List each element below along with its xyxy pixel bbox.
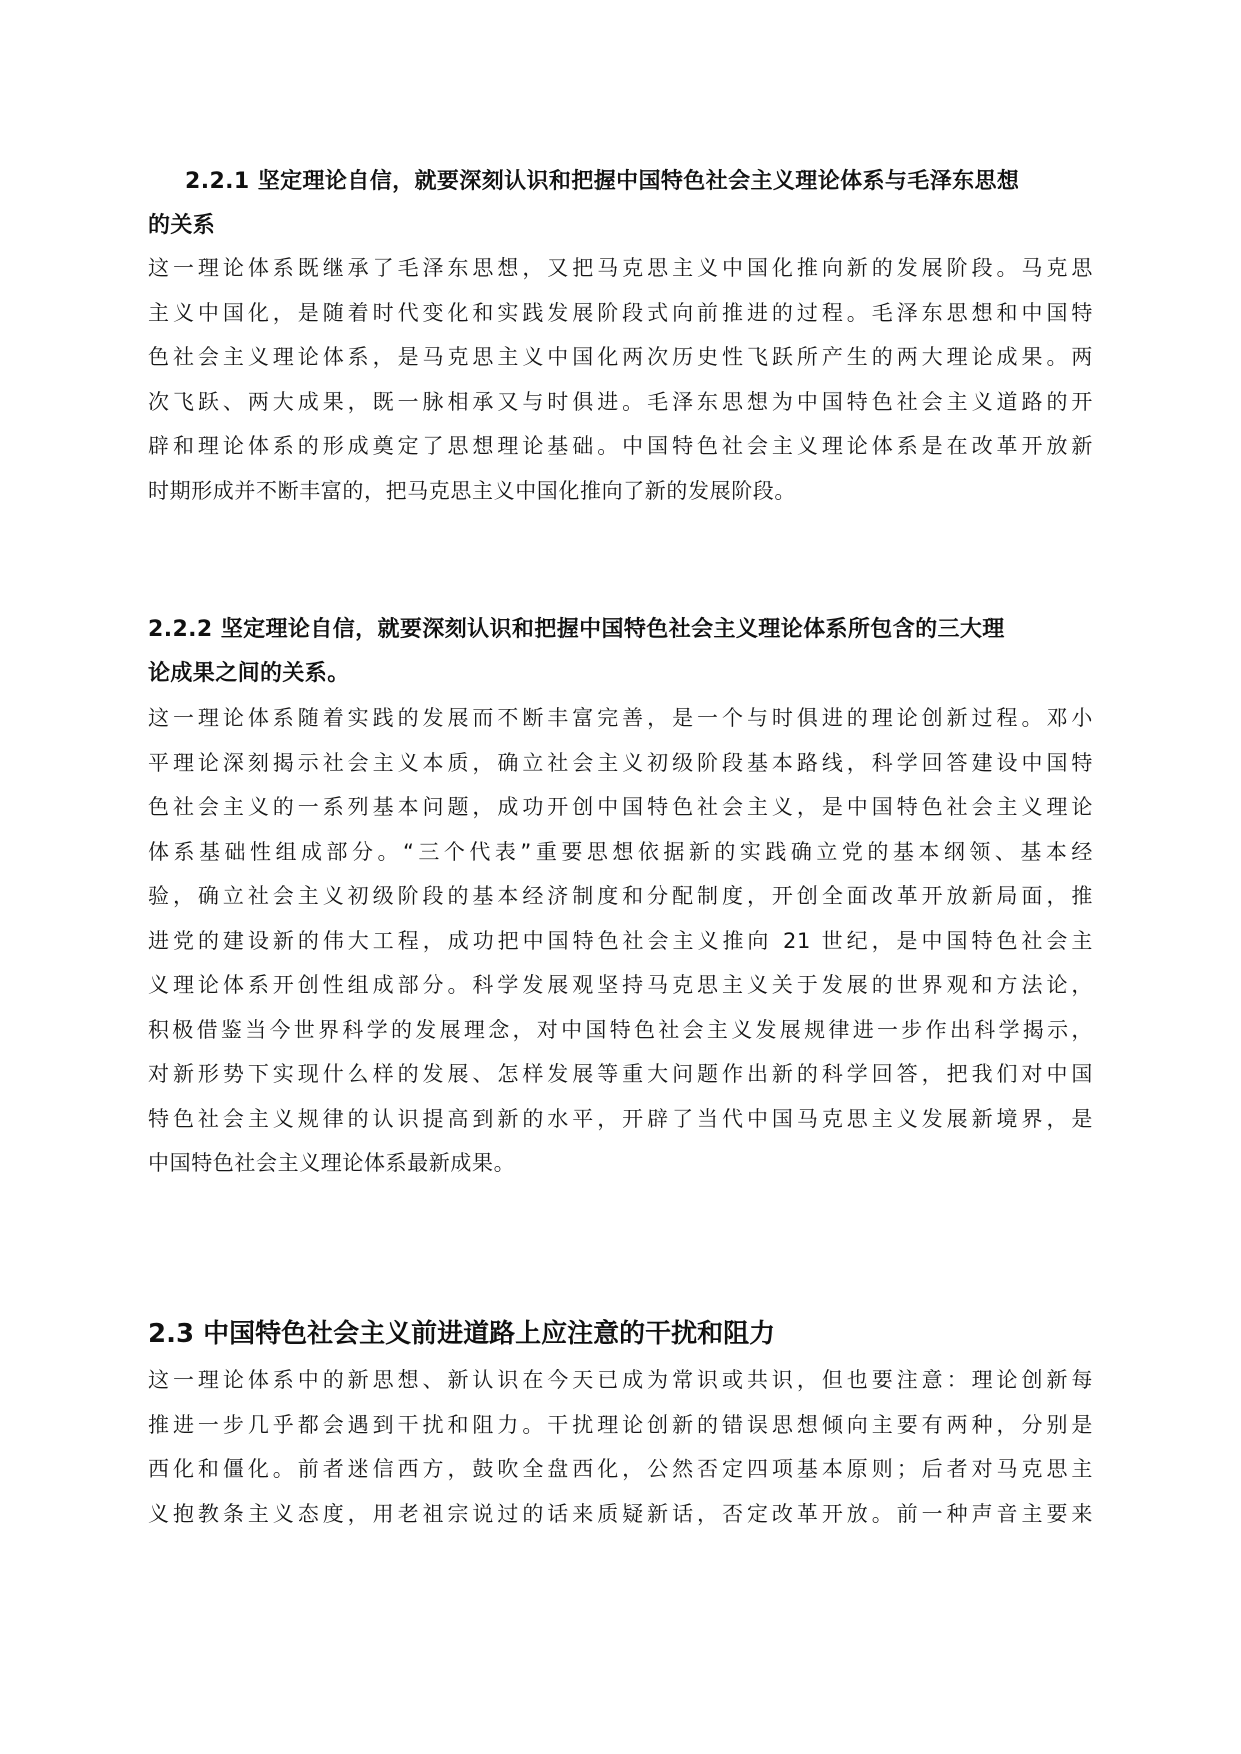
text-line: 对新形势下实现什么样的发展、怎样发展等重大问题作出新的科学回答，把我们对中国 [148, 1052, 1093, 1097]
text-line: 色社会主义理论体系，是马克思主义中国化两次历史性飞跃所产生的两大理论成果。两 [148, 335, 1093, 380]
text-line: 西化和僵化。前者迷信西方，鼓吹全盘西化，公然否定四项基本原则；后者对马克思主 [148, 1447, 1093, 1492]
heading-line: 论成果之间的关系。 [148, 652, 1093, 696]
heading-line: 2.2.1 坚定理论自信，就要深刻认识和把握中国特色社会主义理论体系与毛泽东思想 [148, 160, 1093, 204]
heading-line: 2.3 中国特色社会主义前进道路上应注意的干扰和阻力 [148, 1312, 1093, 1356]
text-line: 平理论深刻揭示社会主义本质，确立社会主义初级阶段基本路线，科学回答建设中国特 [148, 741, 1093, 786]
text-line: 次飞跃、两大成果，既一脉相承又与时俱进。毛泽东思想为中国特色社会主义道路的开 [148, 380, 1093, 425]
heading-line: 的关系 [148, 204, 1093, 248]
text-line: 进党的建设新的伟大工程，成功把中国特色社会主义推向 21 世纪，是中国特色社会主 [148, 919, 1093, 964]
text-line: 义理论体系开创性组成部分。科学发展观坚持马克思主义关于发展的世界观和方法论， [148, 963, 1093, 1008]
text-line: 中国特色社会主义理论体系最新成果。 [148, 1141, 1093, 1186]
text-line: 色社会主义的一系列基本问题，成功开创中国特色社会主义，是中国特色社会主义理论 [148, 785, 1093, 830]
text-line: 体系基础性组成部分。“三个代表”重要思想依据新的实践确立党的基本纲领、基本经 [148, 830, 1093, 875]
text-line: 时期形成并不断丰富的，把马克思主义中国化推向了新的发展阶段。 [148, 469, 1093, 514]
text-line: 这一理论体系中的新思想、新认识在今天已成为常识或共识，但也要注意：理论创新每 [148, 1358, 1093, 1403]
text-line: 辟和理论体系的形成奠定了思想理论基础。中国特色社会主义理论体系是在改革开放新 [148, 424, 1093, 469]
paragraph-2-3: 这一理论体系中的新思想、新认识在今天已成为常识或共识，但也要注意：理论创新每 推… [148, 1358, 1093, 1536]
paragraph-2-2-1: 这一理论体系既继承了毛泽东思想，又把马克思主义中国化推向新的发展阶段。马克思 主… [148, 246, 1093, 513]
text-line: 特色社会主义规律的认识提高到新的水平，开辟了当代中国马克思主义发展新境界，是 [148, 1097, 1093, 1142]
section-heading-2-2-1: 2.2.1 坚定理论自信，就要深刻认识和把握中国特色社会主义理论体系与毛泽东思想… [148, 160, 1093, 248]
text-line: 推进一步几乎都会遇到干扰和阻力。干扰理论创新的错误思想倾向主要有两种，分别是 [148, 1403, 1093, 1448]
section-heading-2-2-2: 2.2.2 坚定理论自信，就要深刻认识和把握中国特色社会主义理论体系所包含的三大… [148, 608, 1093, 696]
text-line: 这一理论体系随着实践的发展而不断丰富完善，是一个与时俱进的理论创新过程。邓小 [148, 696, 1093, 741]
text-line: 主义中国化，是随着时代变化和实践发展阶段式向前推进的过程。毛泽东思想和中国特 [148, 291, 1093, 336]
paragraph-2-2-2: 这一理论体系随着实践的发展而不断丰富完善，是一个与时俱进的理论创新过程。邓小 平… [148, 696, 1093, 1186]
heading-line: 2.2.2 坚定理论自信，就要深刻认识和把握中国特色社会主义理论体系所包含的三大… [148, 608, 1093, 652]
text-line: 验，确立社会主义初级阶段的基本经济制度和分配制度，开创全面改革开放新局面，推 [148, 874, 1093, 919]
text-line: 这一理论体系既继承了毛泽东思想，又把马克思主义中国化推向新的发展阶段。马克思 [148, 246, 1093, 291]
text-line: 积极借鉴当今世界科学的发展理念，对中国特色社会主义发展规律进一步作出科学揭示， [148, 1008, 1093, 1053]
text-line: 义抱教条主义态度，用老祖宗说过的话来质疑新话，否定改革开放。前一种声音主要来 [148, 1492, 1093, 1537]
section-heading-2-3: 2.3 中国特色社会主义前进道路上应注意的干扰和阻力 [148, 1312, 1093, 1356]
